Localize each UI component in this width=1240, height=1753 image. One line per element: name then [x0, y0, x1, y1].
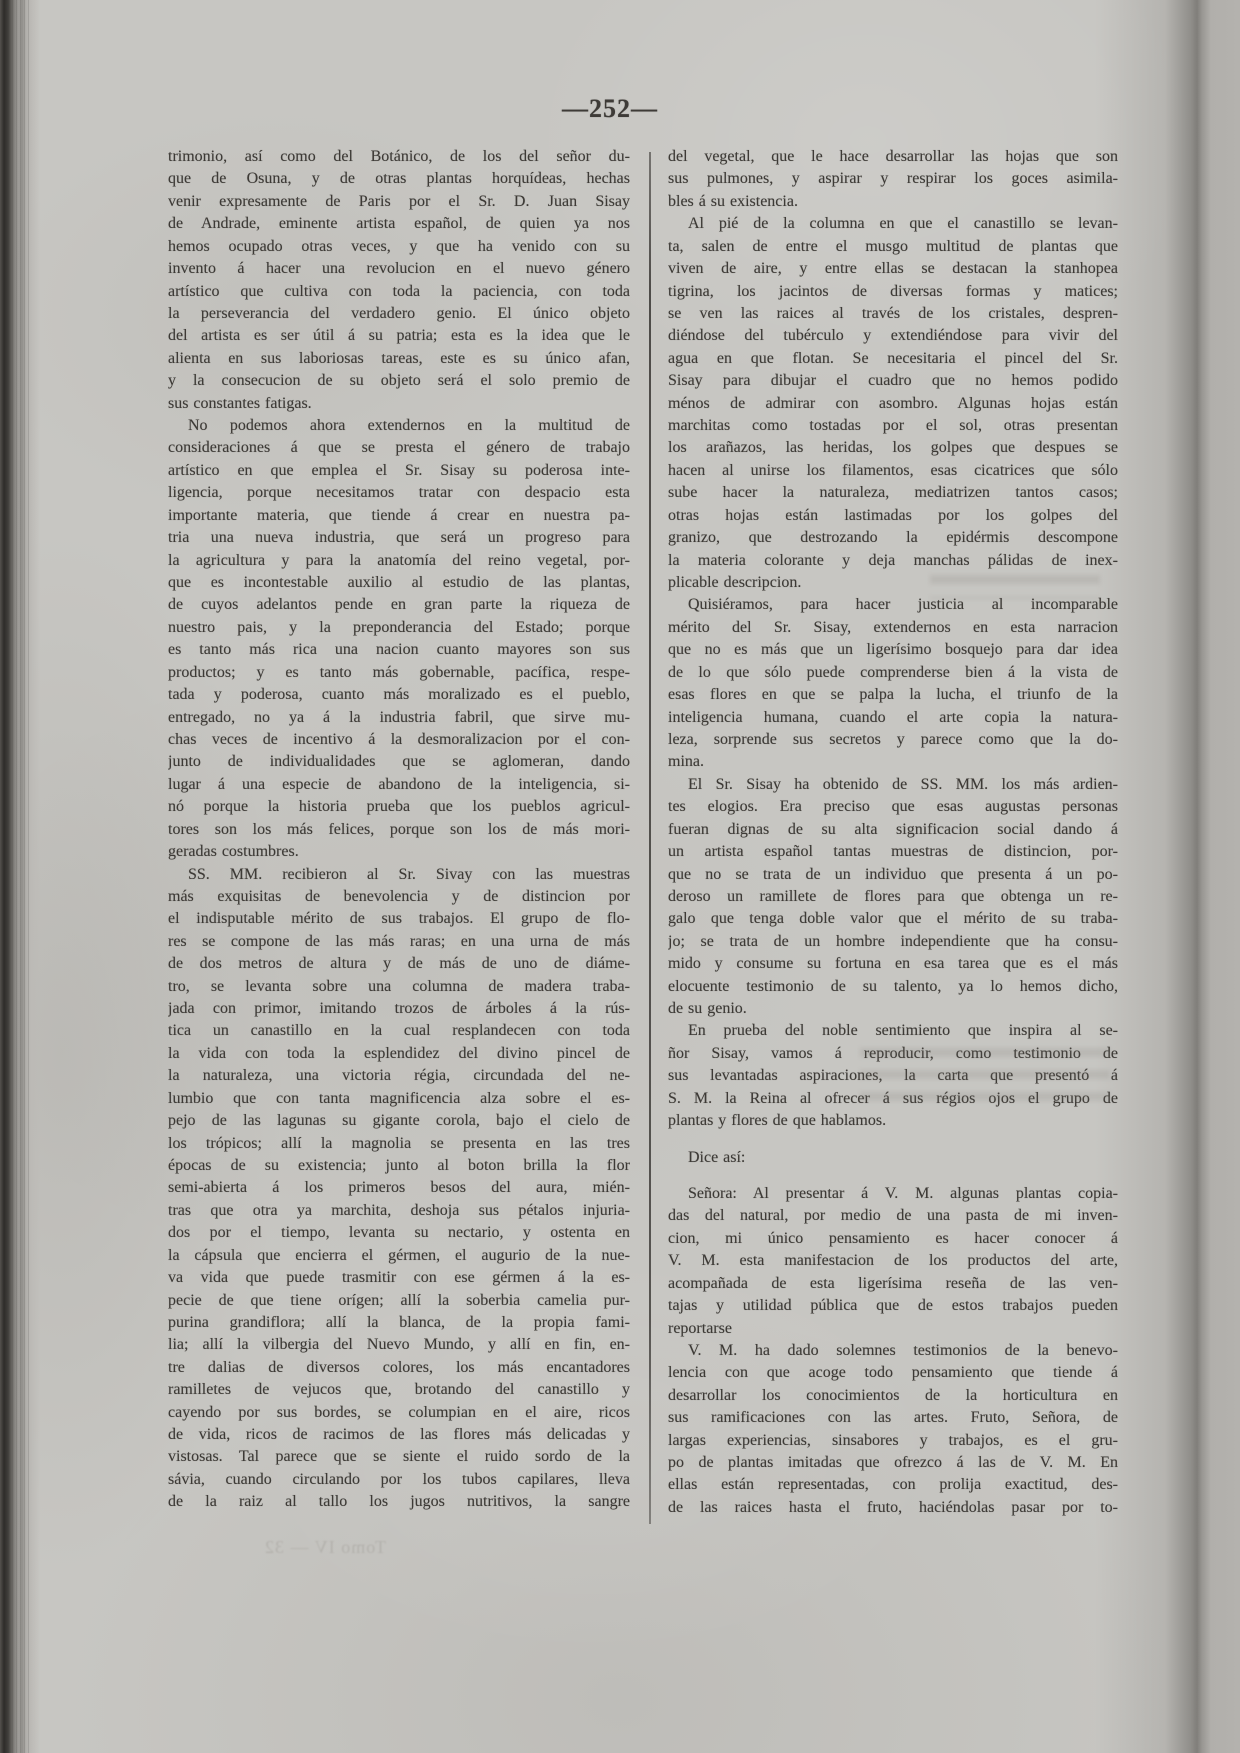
text-line: diéndose del tubérculo y extendiéndose p… — [668, 325, 1118, 347]
text-line: agua en que flotan. Se necesitaria el pi… — [668, 348, 1118, 370]
text-line: geradas costumbres. — [168, 841, 630, 863]
text-line: esas flores en que se palpa la lucha, el… — [668, 684, 1118, 706]
text-line: Señora: Al presentar á V. M. algunas pla… — [668, 1183, 1118, 1205]
text-line: va vida que puede trasmitir con ese gérm… — [168, 1267, 630, 1289]
text-line: sávia, cuando circulando por los tubos c… — [168, 1469, 630, 1491]
text-line: de lo que sólo puede comprenderse bien á… — [668, 662, 1118, 684]
text-line: V. M. esta manifestacion de los producto… — [668, 1250, 1118, 1272]
text-line: purina grandiflora; allí la blanca, de l… — [168, 1312, 630, 1334]
text-line: mido y consume su fortuna en esa tarea q… — [668, 953, 1118, 975]
text-line: chas veces de incentivo á la desmoraliza… — [168, 729, 630, 751]
page-edge-striations — [8, 0, 30, 1753]
text-line: épocas de su existencia; junto al boton … — [168, 1155, 630, 1177]
text-line: entregado, no ya á la industria fabril, … — [168, 707, 630, 729]
text-line: ligencia, porque necesitamos tratar con … — [168, 482, 630, 504]
text-line: mina. — [668, 751, 1118, 773]
text-line: Dice así: — [668, 1147, 1118, 1169]
text-line: largas experiencias, sinsabores y trabaj… — [668, 1430, 1118, 1452]
text-line: tras que otra ya marchita, deshoja sus p… — [168, 1200, 630, 1222]
text-line: hemos ocupado otras veces, y que ha veni… — [168, 236, 630, 258]
text-line: de las raices hasta el fruto, haciéndola… — [668, 1497, 1118, 1519]
text-line: leza, sorprende sus secretos y parece co… — [668, 729, 1118, 751]
text-line: ellas están representadas, con prolija e… — [668, 1474, 1118, 1496]
text-line: das del natural, por medio de una pasta … — [668, 1205, 1118, 1227]
text-line: ménos de admirar con asombro. Algunas ho… — [668, 393, 1118, 415]
text-line: la naturaleza, una victoria régia, circu… — [168, 1065, 630, 1087]
text-line: la agricultura y para la anatomía del re… — [168, 550, 630, 572]
text-line: de la raiz al tallo los jugos nutritivos… — [168, 1491, 630, 1513]
column-divider-rule — [649, 152, 651, 1524]
text-line: sus levantadas aspiraciones, la carta qu… — [668, 1065, 1118, 1087]
text-line: de su genio. — [668, 998, 1118, 1020]
text-line: nuestro pais, y la preponderancia del Es… — [168, 617, 630, 639]
text-line: ramilletes de vejucos que, brotando del … — [168, 1379, 630, 1401]
text-line: y la consecucion de su objeto será el so… — [168, 370, 630, 392]
text-line: productos; y es tanto más gobernable, pa… — [168, 662, 630, 684]
text-line: del vegetal, que le hace desarrollar las… — [668, 146, 1118, 168]
text-line: desarrollar los conocimientos de la hort… — [668, 1385, 1118, 1407]
scanned-book-page: —252— trimonio, así como del Botánico, d… — [0, 0, 1240, 1753]
text-line: jo; se trata de un hombre independiente … — [668, 931, 1118, 953]
text-line: vistosas. Tal parece que se siente el ru… — [168, 1446, 630, 1468]
text-line: semi-abierta á los primeros besos del au… — [168, 1177, 630, 1199]
text-line: la perseverancia del verdadero genio. El… — [168, 303, 630, 325]
text-line: importante materia, que tiende á crear e… — [168, 505, 630, 527]
text-line: tria una nueva industria, que será un pr… — [168, 527, 630, 549]
text-line: la vida con toda la esplendidez del divi… — [168, 1043, 630, 1065]
text-line: tajas y utilidad pública que de estos tr… — [668, 1295, 1118, 1317]
text-line: plantas y flores de que hablamos. — [668, 1110, 1118, 1132]
text-line: de dos metros de altura y de más de uno … — [168, 953, 630, 975]
page-number: —252— — [530, 94, 690, 124]
text-line: V. M. ha dado solemnes testimonios de la… — [668, 1340, 1118, 1362]
text-line: pejo de las lagunas su gigante corola, b… — [168, 1110, 630, 1132]
text-line: el indisputable mérito de sus trabajos. … — [168, 908, 630, 930]
text-line: que es incontestable auxilio al estudio … — [168, 572, 630, 594]
right-text-column: del vegetal, que le hace desarrollar las… — [668, 146, 1118, 1519]
text-line: junto de individualidades que se aglomer… — [168, 751, 630, 773]
text-line: plicable descripcion. — [668, 572, 1118, 594]
text-line: tre dalias de diversos colores, los más … — [168, 1357, 630, 1379]
text-line: fueran dignas de su alta significacion s… — [668, 819, 1118, 841]
text-line: trimonio, así como del Botánico, de los … — [168, 146, 630, 168]
text-line: sus pulmones, y aspirar y respirar los g… — [668, 168, 1118, 190]
text-line: consideraciones á que se presta el géner… — [168, 437, 630, 459]
text-line: res se compone de las más raras; en una … — [168, 931, 630, 953]
text-line: tigrina, los jacintos de diversas formas… — [668, 281, 1118, 303]
text-line: lugar á una especie de abandono de la in… — [168, 774, 630, 796]
text-line: dos por el tiempo, levanta su nectario, … — [168, 1222, 630, 1244]
text-line: que no es más que un ligerísimo bosquejo… — [668, 639, 1118, 661]
text-line: del artista es ser útil á su patria; est… — [168, 325, 630, 347]
text-line: hacen al unirse los filamentos, esas cic… — [668, 460, 1118, 482]
text-line: galo que tenga doble valor que el mérito… — [668, 908, 1118, 930]
text-line: lumbio que con tanta magnificencia alza … — [168, 1088, 630, 1110]
text-line: lencia con que acoge todo pensamiento qu… — [668, 1362, 1118, 1384]
text-line: artístico que cultiva con toda la pacien… — [168, 281, 630, 303]
text-line: se ven las raices al través de los crist… — [668, 303, 1118, 325]
text-line: artístico en que emplea el Sr. Sisay su … — [168, 460, 630, 482]
text-line: tica un canastillo en la cual resplandec… — [168, 1020, 630, 1042]
text-line: lia; allí la vilbergia del Nuevo Mundo, … — [168, 1334, 630, 1356]
text-line: Quisiéramos, para hacer justicia al inco… — [668, 594, 1118, 616]
text-line: otras hojas están lastimadas por los gol… — [668, 505, 1118, 527]
text-line: que de Osuna, y de otras plantas horquíd… — [168, 168, 630, 190]
text-line: inteligencia humana, cuando el arte copi… — [668, 707, 1118, 729]
text-line: viven de aire, y entre ellas se destacan… — [668, 258, 1118, 280]
text-line: S. M. la Reina al ofrecer á sus régios o… — [668, 1088, 1118, 1110]
text-line: sus constantes fatigas. — [168, 393, 630, 415]
text-line: deroso un ramillete de flores para que o… — [668, 886, 1118, 908]
text-line: tes elogios. Era preciso que esas august… — [668, 796, 1118, 818]
text-line: la materia colorante y deja manchas páli… — [668, 550, 1118, 572]
text-line: granizo, que destrozando la epidérmis de… — [668, 527, 1118, 549]
text-line: No podemos ahora extendernos en la multi… — [168, 415, 630, 437]
text-line: marchitas como tostadas por el sol, otra… — [668, 415, 1118, 437]
text-line: que no se trata de un individuo que pres… — [668, 864, 1118, 886]
text-line: más exquisitas de benevolencia y de dist… — [168, 886, 630, 908]
text-line: bles á su existencia. — [668, 191, 1118, 213]
text-line: un artista español tantas muestras de di… — [668, 841, 1118, 863]
text-line: acompañada de esta ligerísima reseña de … — [668, 1273, 1118, 1295]
text-line: elocuente testimonio de su talento, ya l… — [668, 976, 1118, 998]
text-line: sube hacer la naturaleza, mediatrizen ta… — [668, 482, 1118, 504]
text-line: los trópicos; allí la magnolia se presen… — [168, 1133, 630, 1155]
text-line: la cápsula que encierra el gérmen, el au… — [168, 1245, 630, 1267]
text-line: cayendo por sus bordes, se columpian en … — [168, 1402, 630, 1424]
text-line: SS. MM. recibieron al Sr. Sivay con las … — [168, 864, 630, 886]
text-line: de Andrade, eminente artista español, de… — [168, 213, 630, 235]
text-line: tores son los más felices, porque son lo… — [168, 819, 630, 841]
text-line: Sisay para dibujar el cuadro que no hemo… — [668, 370, 1118, 392]
text-line: jada con primor, imitando trozos de árbo… — [168, 998, 630, 1020]
text-line: es tanto más rica una nacion cuanto mayo… — [168, 639, 630, 661]
text-line: ta, salen de entre el musgo multitud de … — [668, 236, 1118, 258]
text-line: sus ramificaciones con las artes. Fruto,… — [668, 1407, 1118, 1429]
text-line: El Sr. Sisay ha obtenido de SS. MM. los … — [668, 774, 1118, 796]
text-line: po de plantas imitadas que ofrezco á las… — [668, 1452, 1118, 1474]
text-line: venir expresamente de Paris por el Sr. D… — [168, 191, 630, 213]
text-line: cion, mi único pensamiento es hacer cono… — [668, 1228, 1118, 1250]
text-line: tada y poderosa, cuanto más moralizado e… — [168, 684, 630, 706]
text-line: En prueba del noble sentimiento que insp… — [668, 1020, 1118, 1042]
text-line: invento á hacer una revolucion en el nue… — [168, 258, 630, 280]
text-line: nó porque la historia prueba que los pue… — [168, 796, 630, 818]
left-text-column: trimonio, así como del Botánico, de los … — [168, 146, 630, 1514]
text-line: mérito del Sr. Sisay, extendernos en est… — [668, 617, 1118, 639]
text-line: Al pié de la columna en que el canastill… — [668, 213, 1118, 235]
text-line: reportarse — [668, 1318, 1118, 1340]
text-line: de cuyos adelantos pende en gran parte l… — [168, 594, 630, 616]
text-line: alienta en sus laboriosas tareas, este e… — [168, 348, 630, 370]
text-line: pecie de que tiene orígen; allí la sober… — [168, 1290, 630, 1312]
mirrored-show-through-footer: Tomo IV — 32 — [225, 1537, 425, 1558]
text-line: los arañazos, las heridas, los golpes qu… — [668, 437, 1118, 459]
text-line: de vida, ricos de racimos de las flores … — [168, 1424, 630, 1446]
text-line: tro, se levanta sobre una columna de mad… — [168, 976, 630, 998]
text-line: ñor Sisay, vamos á reproducir, como test… — [668, 1043, 1118, 1065]
